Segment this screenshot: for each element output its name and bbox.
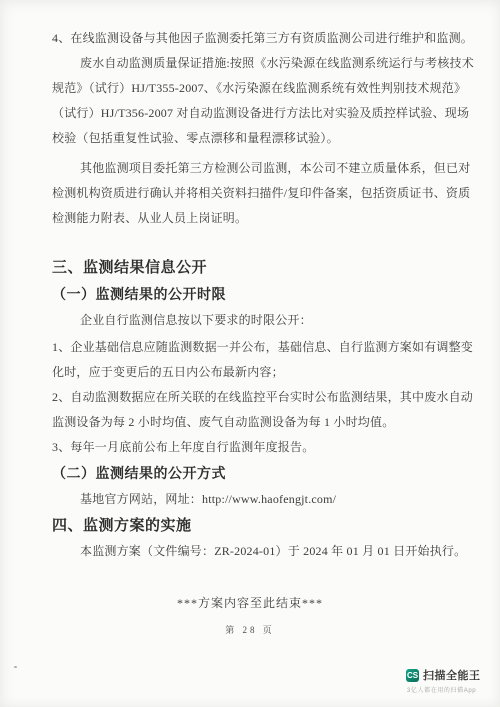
section-heading: 四、监测方案的实施 bbox=[52, 512, 470, 539]
paragraph-line: 监测设备为每 2 小时均值、废气自动监测设备为每 1 小时均值。 bbox=[52, 410, 470, 435]
paragraph-line: （试行）HJ/T356-2007 对自动监测设备进行方法比对实验及质控样试验、现… bbox=[52, 101, 470, 126]
scan-speck bbox=[14, 666, 17, 668]
end-marker: ***方案内容至此结束*** bbox=[30, 591, 470, 616]
paragraph-line: 企业自行监测信息按以下要求的时限公开： bbox=[52, 308, 470, 333]
document-body: 4、在线监测设备与其他因子监测委托第三方有资质监测公司进行维护和监测。 废水自动… bbox=[52, 26, 470, 636]
paragraph-line: 本监测方案（文件编号：ZR-2024-01）于 2024 年 01 月 01 日… bbox=[52, 539, 470, 564]
camscanner-logo-text: 扫描全能王 bbox=[423, 667, 481, 683]
paragraph-line-url: 基地官方网站，网址：http://www.haofengjt.com/ bbox=[52, 487, 470, 512]
subsection-heading: （一）监测结果的公开时限 bbox=[52, 281, 470, 308]
paragraph-line: 化时，应于变更后的五日内公布最新内容； bbox=[52, 360, 470, 385]
paragraph-line: 2、自动监测数据应在所关联的在线监控平台实时公布监测结果，其中废水自动 bbox=[52, 385, 470, 410]
subsection-heading: （二）监测结果的公开方式 bbox=[52, 460, 470, 487]
camscanner-watermark: CS 扫描全能王 3亿人都在用的扫描App bbox=[406, 667, 492, 694]
scanned-document-page: 4、在线监测设备与其他因子监测委托第三方有资质监测公司进行维护和监测。 废水自动… bbox=[0, 0, 500, 707]
camscanner-tagline: 3亿人都在用的扫描App bbox=[407, 685, 492, 694]
section-heading: 三、监测结果信息公开 bbox=[52, 254, 470, 281]
paragraph-line: 废水自动监测质量保证措施:按照《水污染源在线监测系统运行与考核技术 bbox=[52, 51, 470, 76]
paragraph-line: 检测机构资质进行确认并将相关资料扫描件/复印件备案，包括资质证书、资质 bbox=[52, 181, 470, 206]
paragraph-line: 校验（包括重复性试验、零点漂移和量程漂移试验）。 bbox=[52, 126, 470, 151]
page-number: 第 28 页 bbox=[30, 624, 470, 636]
paragraph-line: 3、每年一月底前公布上年度自行监测年度报告。 bbox=[52, 435, 470, 460]
paragraph-line: 其他监测项目委托第三方检测公司监测，本公司不建立质量体系，但已对 bbox=[52, 156, 470, 181]
paragraph-line: 检测能力附表、从业人员上岗证明。 bbox=[52, 206, 470, 231]
paragraph-line: 4、在线监测设备与其他因子监测委托第三方有资质监测公司进行维护和监测。 bbox=[52, 26, 470, 51]
paragraph-line: 1、企业基础信息应随监测数据一并公布，基础信息、自行监测方案如有调整变 bbox=[52, 335, 470, 360]
paragraph-line: 规范》（试行）HJ/T355-2007、《水污染源在线监测系统有效性判别技术规范… bbox=[52, 76, 470, 101]
camscanner-logo-icon: CS bbox=[406, 669, 419, 682]
